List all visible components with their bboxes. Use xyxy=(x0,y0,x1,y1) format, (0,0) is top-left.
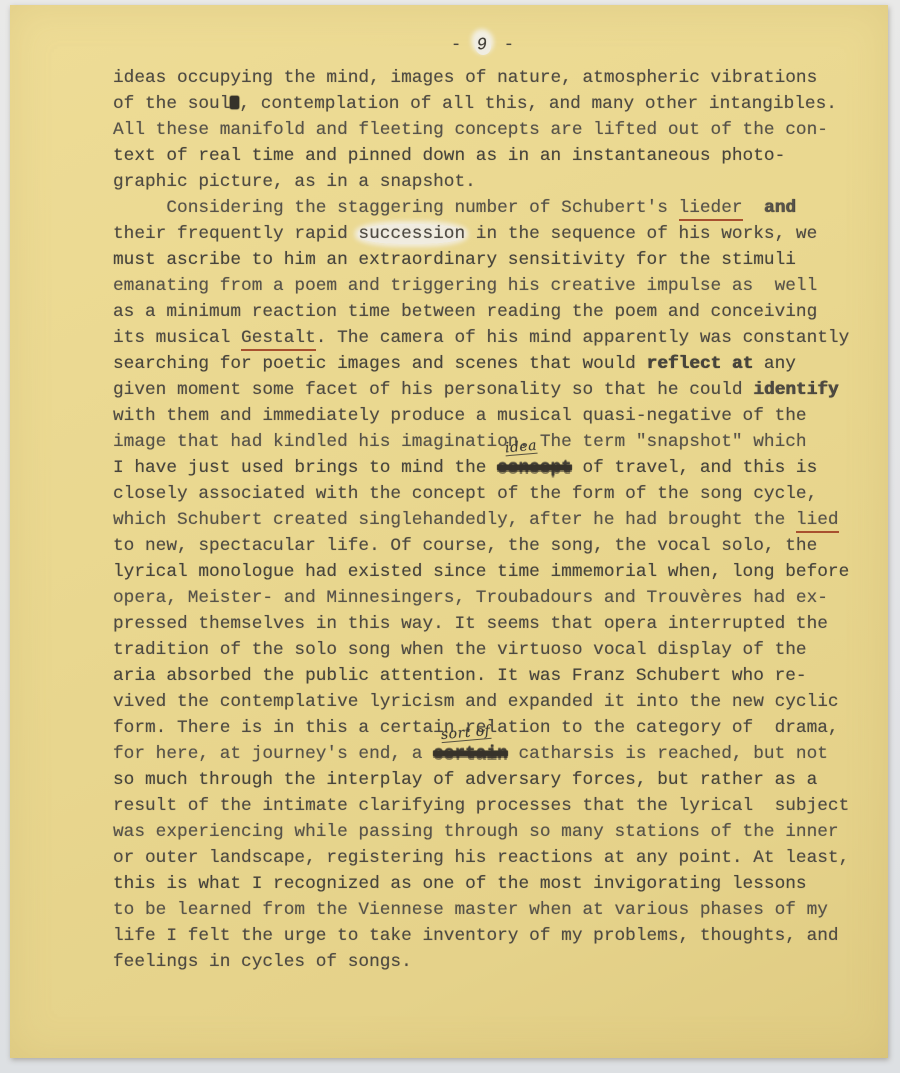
underlined-word: lieder xyxy=(679,198,743,221)
text-content: ideas occupying the mind, images of natu… xyxy=(113,65,873,975)
text-line: to be learned from the Viennese master w… xyxy=(113,897,873,923)
text-line: feelings in cycles of songs. xyxy=(113,949,873,975)
text-segment: identify xyxy=(753,380,838,400)
text-segment: and xyxy=(764,198,796,218)
text-line: was experiencing while passing through s… xyxy=(113,819,873,845)
text-line: text of real time and pinned down as in … xyxy=(113,143,873,169)
text-line: form. There is in this a certain relatio… xyxy=(113,715,873,741)
text-segment: graphic picture, as in a snapshot. xyxy=(113,172,476,192)
page-number-left-dash: - xyxy=(451,36,475,55)
text-segment: succession xyxy=(358,224,465,244)
strikethrough-text: concept xyxy=(497,458,572,478)
text-segment: vived the contemplative lyricism and exp… xyxy=(113,692,839,712)
text-segment: emanating from a poem and triggering his… xyxy=(113,276,817,296)
text-segment: , contemplation of all this, and many ot… xyxy=(239,94,837,114)
text-segment: to new, spectacular life. Of course, the… xyxy=(113,536,817,556)
text-segment: given moment some facet of his personali… xyxy=(113,380,753,400)
text-segment: text of real time and pinned down as in … xyxy=(113,146,785,166)
page-number: - 9 - xyxy=(451,36,516,55)
text-line: with them and immediately produce a musi… xyxy=(113,403,873,429)
text-segment: image that had kindled his imagination. … xyxy=(113,432,807,452)
text-line: their frequently rapid succession in the… xyxy=(113,221,873,247)
text-segment: so much through the interplay of adversa… xyxy=(113,770,817,790)
underlined-word: Gestalt xyxy=(241,328,316,351)
text-line: to new, spectacular life. Of course, the… xyxy=(113,533,873,559)
text-segment: as a minimum reaction time between readi… xyxy=(113,302,817,322)
text-segment: this is what I recognized as one of the … xyxy=(113,874,807,894)
text-line: graphic picture, as in a snapshot. xyxy=(113,169,873,195)
text-line: life I felt the urge to take inventory o… xyxy=(113,923,873,949)
text-segment: with them and immediately produce a musi… xyxy=(113,406,807,426)
text-segment: any xyxy=(753,354,796,374)
text-segment: of the soul xyxy=(113,94,230,114)
text-segment: reflect at xyxy=(647,354,754,374)
text-line: lyrical monologue had existed since time… xyxy=(113,559,873,585)
text-segment: searching for poetic images and scenes t… xyxy=(113,354,647,374)
page-number-right-dash: - xyxy=(492,36,516,55)
strikethrough-text: certain xyxy=(433,744,508,764)
text-line: searching for poetic images and scenes t… xyxy=(113,351,873,377)
text-segment: in the sequence of his works, we xyxy=(465,224,817,244)
text-line: result of the intimate clarifying proces… xyxy=(113,793,873,819)
text-line: All these manifold and fleeting concepts… xyxy=(113,117,873,143)
text-line: as a minimum reaction time between readi… xyxy=(113,299,873,325)
correction: sort ofcertain xyxy=(433,741,508,767)
text-line: aria absorbed the public attention. It w… xyxy=(113,663,873,689)
text-segment: aria absorbed the public attention. It w… xyxy=(113,666,807,686)
text-segment xyxy=(743,198,764,218)
text-segment: must ascribe to him an extraordinary sen… xyxy=(113,250,796,270)
text-line: pressed themselves in this way. It seems… xyxy=(113,611,873,637)
paper-sheet: - 9 - ideas occupying the mind, images o… xyxy=(10,5,888,1058)
text-line: image that had kindled his imagination. … xyxy=(113,429,873,455)
text-segment: result of the intimate clarifying proces… xyxy=(113,796,849,816)
text-line: ideas occupying the mind, images of natu… xyxy=(113,65,873,91)
text-segment: to be learned from the Viennese master w… xyxy=(113,900,828,920)
text-segment: . The camera of his mind apparently was … xyxy=(316,328,850,348)
text-line: its musical Gestalt. The camera of his m… xyxy=(113,325,873,351)
text-line: opera, Meister- and Minnesingers, Trouba… xyxy=(113,585,873,611)
text-segment: which Schubert created singlehandedly, a… xyxy=(113,510,796,530)
text-segment: for here, at journey's end, a xyxy=(113,744,433,764)
text-line: which Schubert created singlehandedly, a… xyxy=(113,507,873,533)
text-segment: feelings in cycles of songs. xyxy=(113,952,412,972)
text-segment: ideas occupying the mind, images of natu… xyxy=(113,68,817,88)
handwritten-note: sort of xyxy=(441,724,492,743)
text-segment: life I felt the urge to take inventory o… xyxy=(113,926,839,946)
text-segment: All these manifold and fleeting concepts… xyxy=(113,120,828,140)
text-segment: closely associated with the concept of t… xyxy=(113,484,817,504)
text-segment: lyrical monologue had existed since time… xyxy=(113,562,849,582)
text-line: this is what I recognized as one of the … xyxy=(113,871,873,897)
text-segment: tradition of the solo song when the virt… xyxy=(113,640,807,660)
text-line: of the soul, contemplation of all this, … xyxy=(113,91,873,117)
text-line: emanating from a poem and triggering his… xyxy=(113,273,873,299)
text-line: tradition of the solo song when the virt… xyxy=(113,637,873,663)
text-line: vived the contemplative lyricism and exp… xyxy=(113,689,873,715)
text-line: or outer landscape, registering his reac… xyxy=(113,845,873,871)
text-segment: of travel, and this is xyxy=(572,458,817,478)
text-segment: or outer landscape, registering his reac… xyxy=(113,848,849,868)
text-segment: its musical xyxy=(113,328,241,348)
text-line: so much through the interplay of adversa… xyxy=(113,767,873,793)
text-line: must ascribe to him an extraordinary sen… xyxy=(113,247,873,273)
text-segment: was experiencing while passing through s… xyxy=(113,822,839,842)
handwritten-note: idea xyxy=(505,439,538,457)
text-segment: their frequently rapid xyxy=(113,224,358,244)
text-line: closely associated with the concept of t… xyxy=(113,481,873,507)
text-segment: catharsis is reached, but not xyxy=(508,744,828,764)
text-line: given moment some facet of his personali… xyxy=(113,377,873,403)
text-segment: I have just used brings to mind the xyxy=(113,458,497,478)
text-segment: Considering the staggering number of Sch… xyxy=(113,198,679,218)
text-segment: pressed themselves in this way. It seems… xyxy=(113,614,828,634)
text-line: Considering the staggering number of Sch… xyxy=(113,195,873,221)
text-segment: opera, Meister- and Minnesingers, Trouba… xyxy=(113,588,828,608)
scanned-page: - 9 - ideas occupying the mind, images o… xyxy=(0,0,900,1073)
correction: ideaconcept xyxy=(497,455,572,481)
underlined-word: lied xyxy=(796,510,839,533)
page-number-digit: 9 xyxy=(474,35,492,56)
text-line: I have just used brings to mind the idea… xyxy=(113,455,873,481)
text-line: for here, at journey's end, a sort ofcer… xyxy=(113,741,873,767)
